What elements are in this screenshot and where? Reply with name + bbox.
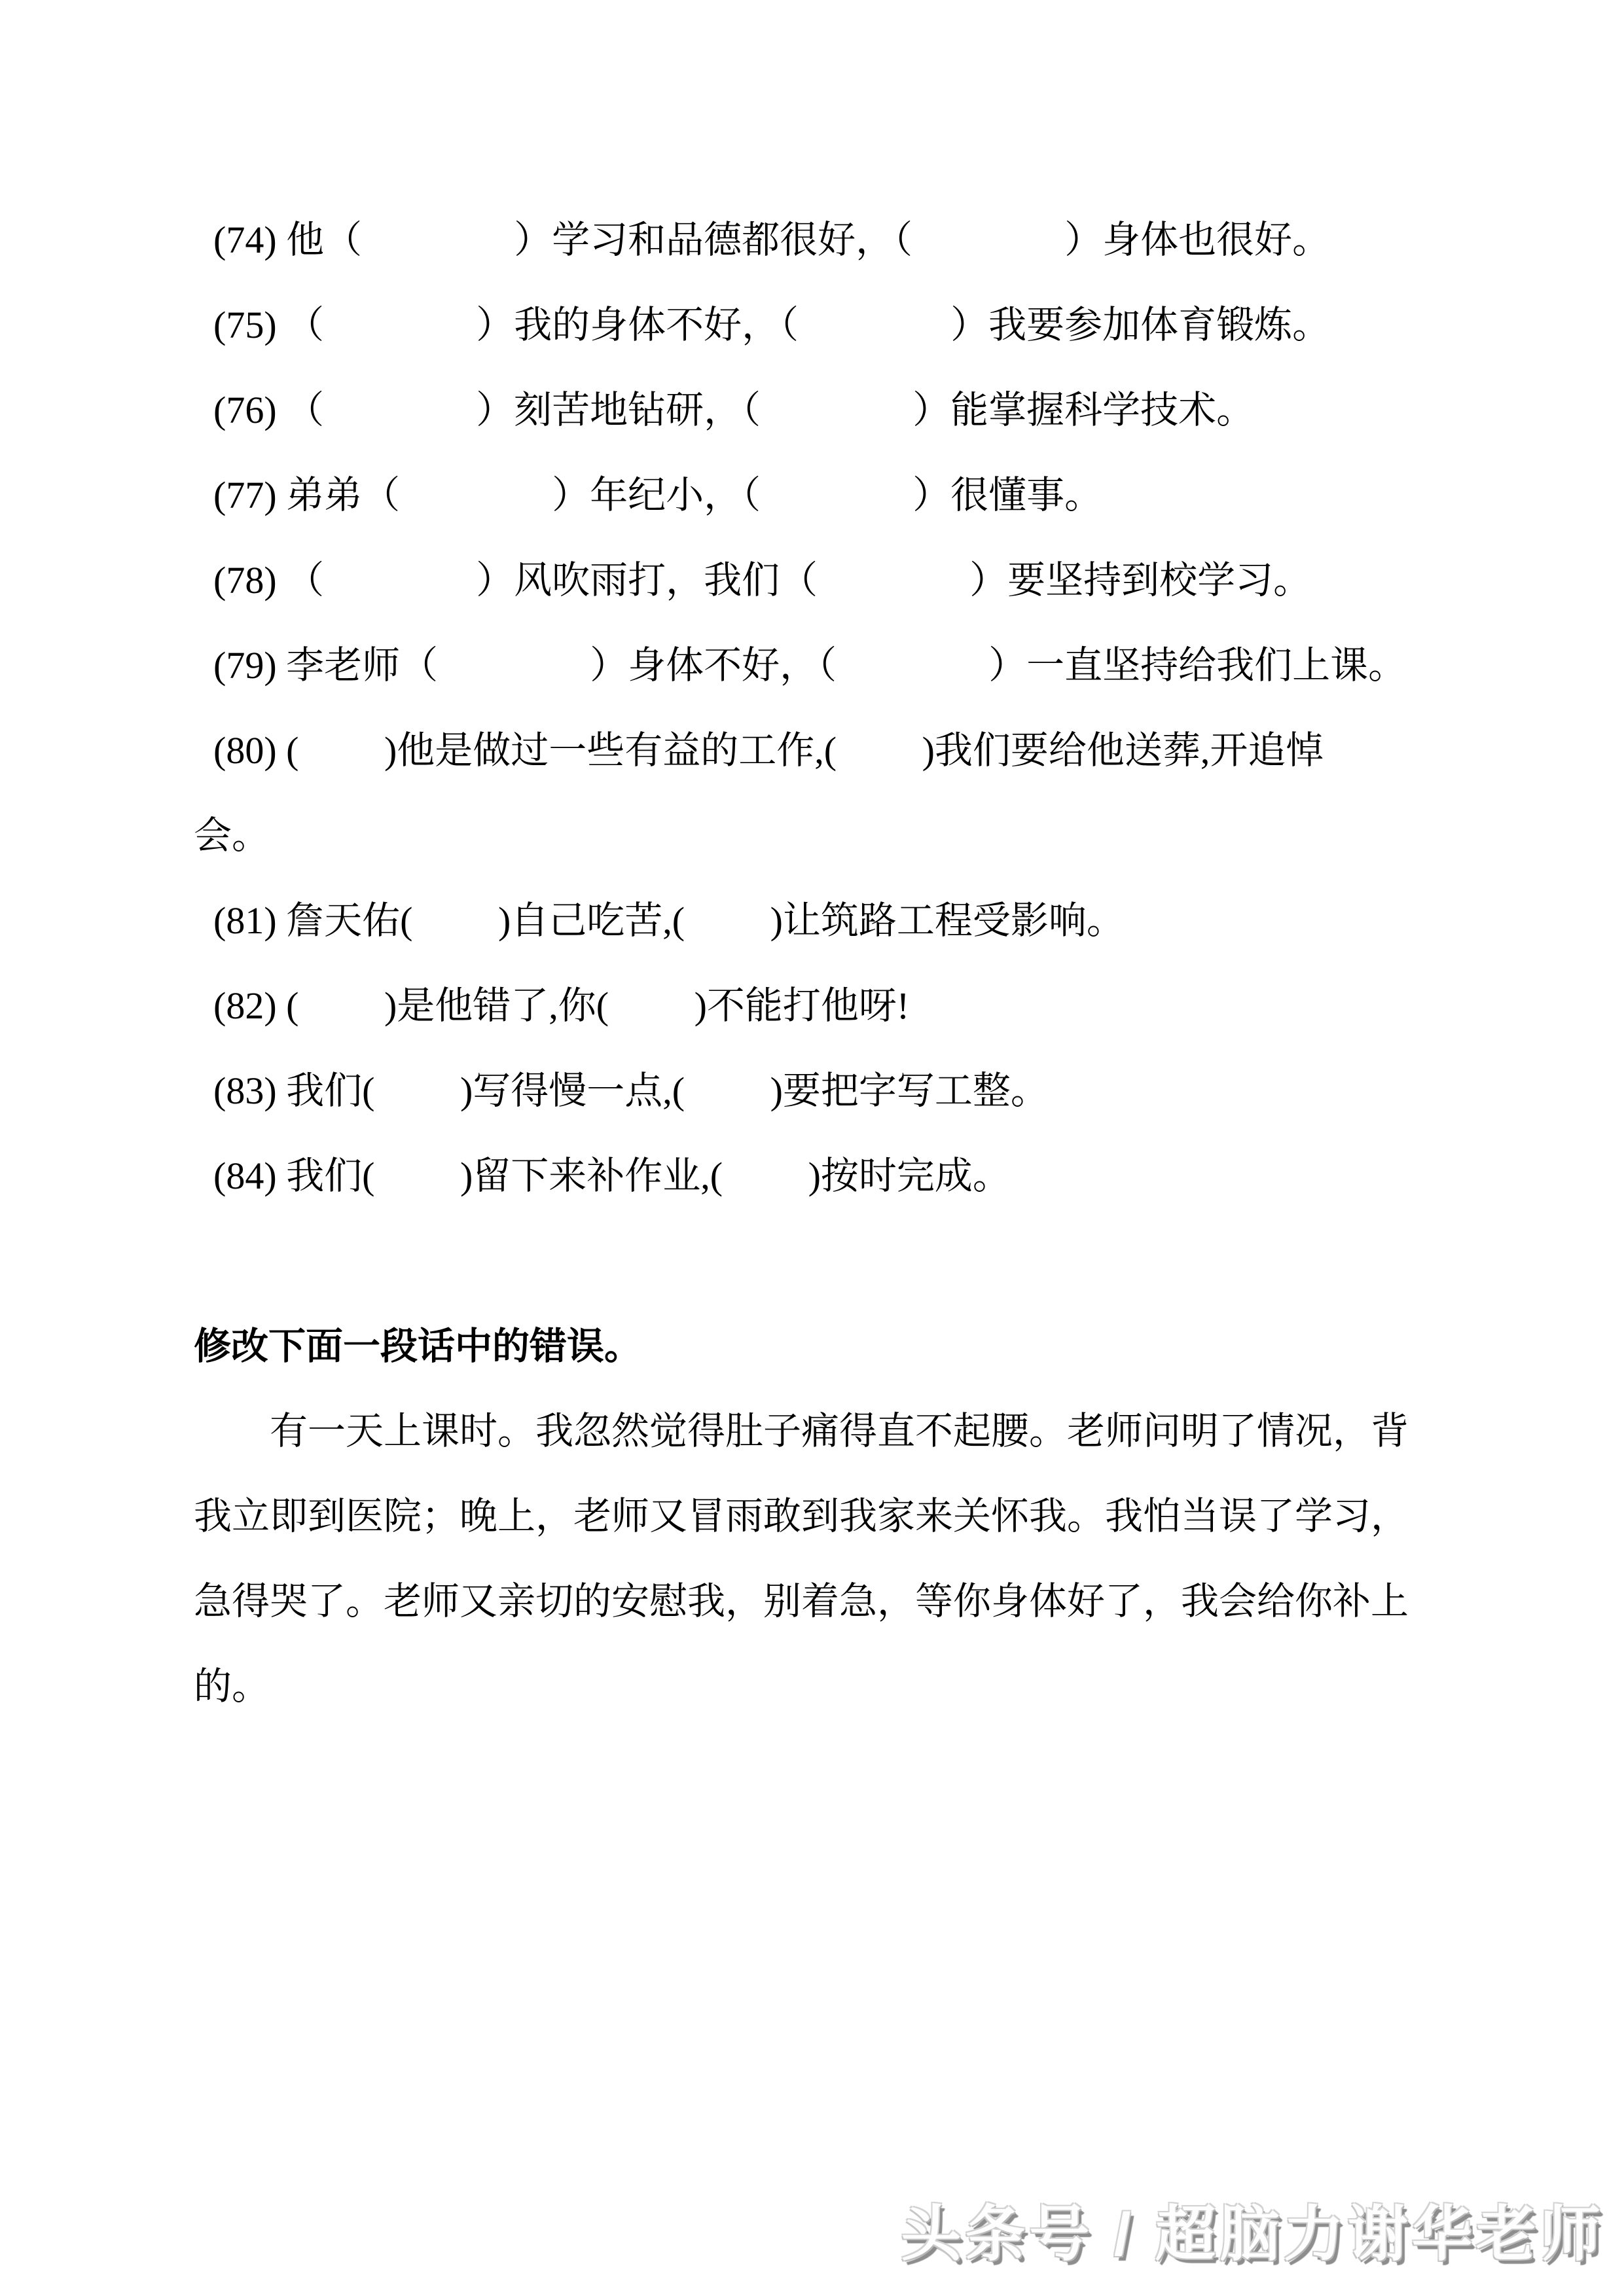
paragraph-line-1: 有一天上课时。我忽然觉得肚子痛得直不起腰。老师问明了情况，背 <box>194 1389 1457 1474</box>
fill-blank-item-80-wrap: 会。 <box>194 793 1457 878</box>
fill-blank-item-77: (77) 弟弟（ ）年纪小，（ ）很懂事。 <box>194 453 1457 538</box>
fill-blank-item-74: (74) 他（ ）学习和品德都很好，（ ）身体也很好。 <box>194 198 1457 283</box>
worksheet-content: (74) 他（ ）学习和品德都很好，（ ）身体也很好。 (75) （ ）我的身体… <box>194 198 1457 1729</box>
section-heading: 修改下面一段话中的错误。 <box>194 1304 1457 1389</box>
fill-blank-item-75: (75) （ ）我的身体不好，（ ）我要参加体育锻炼。 <box>194 283 1457 368</box>
worksheet-page: (74) 他（ ）学习和品德都很好，（ ）身体也很好。 (75) （ ）我的身体… <box>0 0 1624 2296</box>
fill-blank-item-78: (78) （ ）风吹雨打，我们（ ）要坚持到校学习。 <box>194 538 1457 623</box>
fill-blank-item-84: (84) 我们( )留下来补作业,( )按时完成。 <box>194 1134 1457 1219</box>
fill-blank-item-82: (82) ( )是他错了,你( )不能打他呀! <box>194 963 1457 1049</box>
fill-blank-item-80: (80) ( )他是做过一些有益的工作,( )我们要给他送葬,开追悼 <box>194 708 1457 793</box>
fill-blank-item-76: (76) （ ）刻苦地钻研，（ ）能掌握科学技术。 <box>194 368 1457 453</box>
watermark: 头条号 / 超脑力谢华老师 <box>901 2202 1604 2267</box>
blank-line <box>194 1219 1457 1304</box>
paragraph-line-3: 急得哭了。老师又亲切的安慰我，别着急，等你身体好了，我会给你补上 <box>194 1559 1457 1644</box>
fill-blank-item-81: (81) 詹天佑( )自己吃苦,( )让筑路工程受影响。 <box>194 878 1457 963</box>
fill-blank-item-83: (83) 我们( )写得慢一点,( )要把字写工整。 <box>194 1049 1457 1134</box>
fill-blank-item-79: (79) 李老师（ ）身体不好，（ ）一直坚持给我们上课。 <box>194 623 1457 708</box>
paragraph-line-2: 我立即到医院；晚上，老师又冒雨敢到我家来关怀我。我怕当误了学习， <box>194 1474 1457 1559</box>
paragraph-line-4: 的。 <box>194 1644 1457 1729</box>
